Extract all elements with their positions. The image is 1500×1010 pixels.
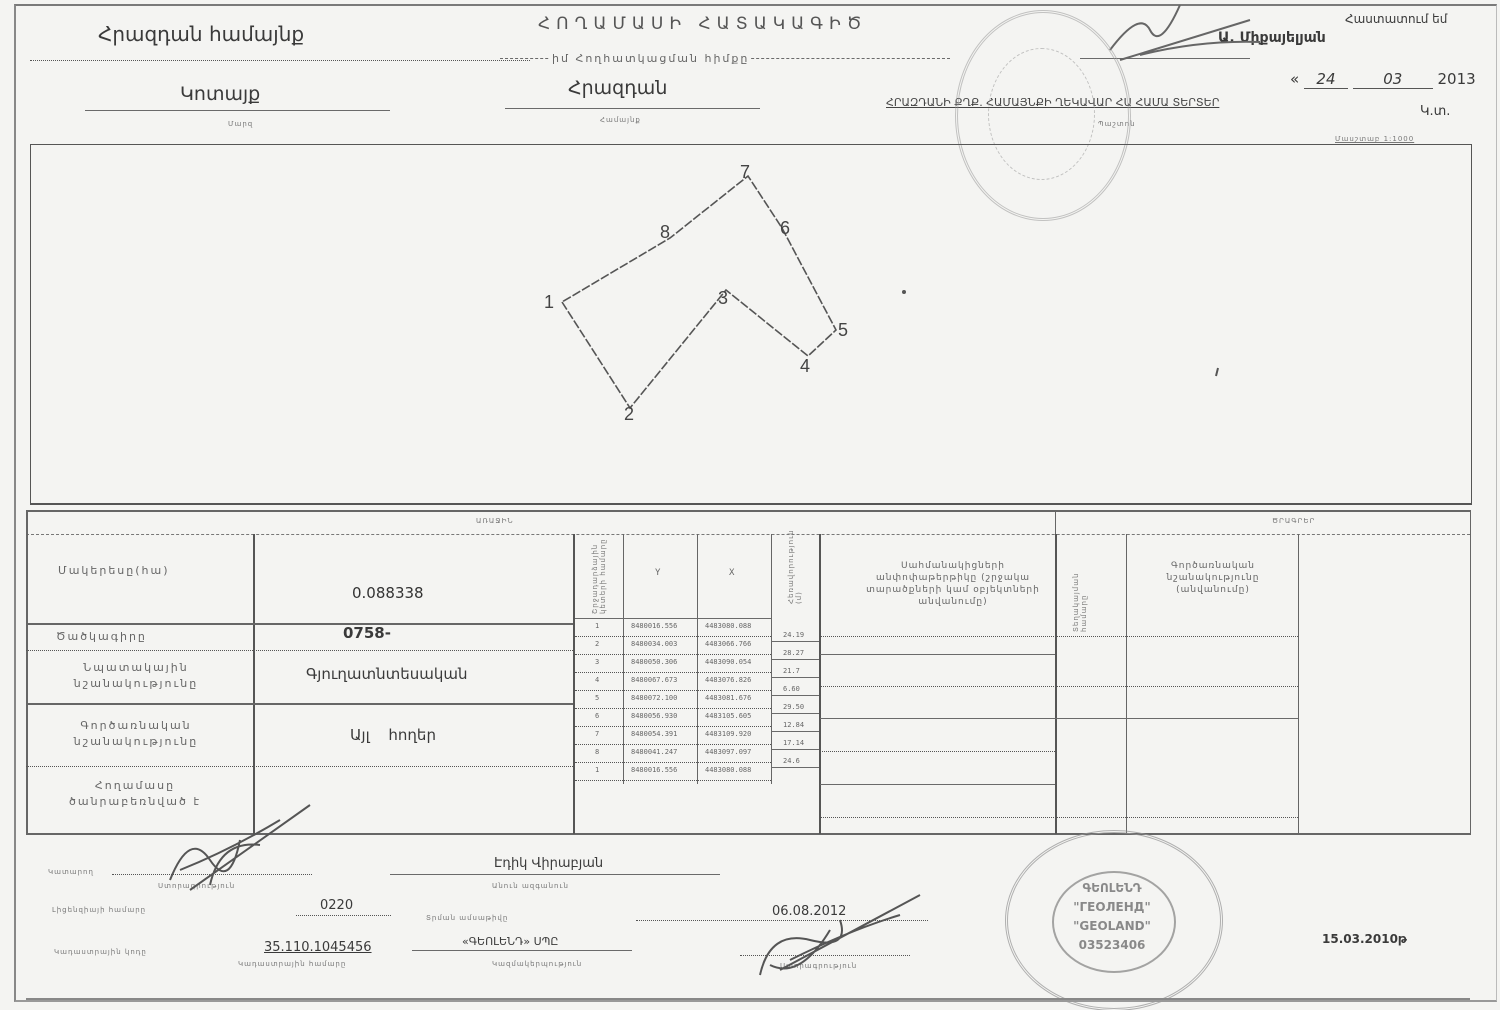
coord-point-number: 1 — [595, 766, 599, 774]
coord-row-divider — [575, 654, 771, 655]
plot-point-label: 4 — [800, 356, 810, 376]
coord-x-value: 4483080.088 — [705, 766, 751, 774]
coord-distance-value: 12.84 — [783, 721, 804, 729]
function-value: Այլ հողեր — [350, 726, 436, 744]
coord-x-value: 4483066.766 — [705, 640, 751, 648]
coord-col-divider — [697, 534, 698, 784]
coord-y-value: 8480034.003 — [631, 640, 677, 648]
purpose-value: Գյուղատնտեսական — [306, 665, 468, 683]
coord-y-value: 8480056.930 — [631, 712, 677, 720]
coord-distance-divider — [771, 677, 819, 678]
region-value: Կոտայք — [180, 83, 260, 105]
stamp-line: ԳԵՈԼԵՆԴ — [1052, 879, 1172, 898]
coord-y-value: 8480067.673 — [631, 676, 677, 684]
stamp-line: "ГЕОЛЕНД" — [1052, 898, 1172, 917]
coord-y-value: 8480016.556 — [631, 622, 677, 630]
coord-header-y: Y — [655, 568, 660, 578]
coord-row-divider — [575, 726, 771, 727]
coord-y-value: 8480054.391 — [631, 730, 677, 738]
seal-abbr: Կ.տ. — [1420, 104, 1450, 119]
coord-point-number: 8 — [595, 748, 599, 756]
coord-point-number: 3 — [595, 658, 599, 666]
executor-signature — [150, 800, 330, 900]
code-value: 0758- — [343, 624, 391, 642]
coord-x-value: 4483076.826 — [705, 676, 751, 684]
coord-point-number: 1 — [595, 622, 599, 630]
community-caption: Համայնք — [600, 116, 641, 124]
coord-point-number: 5 — [595, 694, 599, 702]
coord-distance-divider — [771, 659, 819, 660]
executor-name-caption: Անուն ազգանուն — [492, 882, 569, 890]
coord-row-divider — [575, 762, 771, 763]
coord-distance-value: 28.27 — [783, 649, 804, 657]
coord-x-value: 4483097.097 — [705, 748, 751, 756]
plot-point-label: 7 — [740, 162, 750, 182]
date-right: 15.03.2010թ — [1322, 932, 1407, 946]
scale-label: Մասշտաբ 1:1000 — [1335, 135, 1414, 143]
coord-distance-value: 17.14 — [783, 739, 804, 747]
plot-point-label: 5 — [838, 320, 848, 340]
purpose-label: Նպատակային նշանակությունը — [56, 660, 216, 692]
coord-x-value: 4483081.676 — [705, 694, 751, 702]
coord-distance-divider — [771, 695, 819, 696]
issue-label: Տրման ամսաթիվը — [426, 914, 508, 922]
coord-y-value: 8480041.247 — [631, 748, 677, 756]
document-subtitle: իմ Հողհատկացման հիմքը — [550, 52, 751, 65]
coordinates-table: Շրջադարձային կետերի համարըYXՀեռավորությո… — [575, 534, 819, 784]
function-label: Գործառնական նշանակությունը — [56, 718, 216, 750]
stamp-line: 03523406 — [1052, 936, 1172, 955]
approver-signature-bottom — [740, 890, 930, 990]
code-label: Ծածկագիրը — [56, 630, 147, 643]
executor-label: Կատարող — [48, 868, 94, 876]
plot-point-label: 2 — [624, 404, 634, 424]
coord-header-point: Շրջադարձային կետերի համարը — [591, 538, 607, 614]
approval-day: 24 — [1304, 70, 1348, 89]
coord-distance-value: 24.19 — [783, 631, 804, 639]
neighbors-header: Սահմանակիցների անփոփաթերթիկը (շրջակա տար… — [858, 560, 1048, 608]
coord-row-divider — [575, 744, 771, 745]
approved-label: Հաստատում եմ — [1345, 12, 1447, 26]
coord-distance-value: 29.50 — [783, 703, 804, 711]
coord-y-value: 8480016.556 — [631, 766, 677, 774]
left-section-title: ԱՌԱՋԻՆ — [476, 517, 514, 525]
coord-x-value: 4483090.054 — [705, 658, 751, 666]
area-label: Մակերեսը(հա) — [58, 564, 170, 577]
coord-row-divider — [575, 672, 771, 673]
cadastre-caption: Կադաստրային համարը — [238, 960, 346, 968]
coord-distance-value: 24.6 — [783, 757, 800, 765]
document-title: ՀՈՂԱՄԱՍԻ ՀԱՏԱԿԱԳԻԾ — [538, 14, 867, 34]
coord-row-divider — [575, 690, 771, 691]
plot-point-label: 8 — [660, 222, 670, 242]
coord-x-value: 4483080.088 — [705, 622, 751, 630]
location-header: Տեղակայման համարը — [1072, 540, 1088, 632]
coord-distance-value: 6.60 — [783, 685, 800, 693]
coord-point-number: 7 — [595, 730, 599, 738]
coord-row-divider — [575, 780, 771, 781]
cadastre-value: 35.110.1045456 — [264, 940, 372, 955]
coord-y-value: 8480072.100 — [631, 694, 677, 702]
coord-distance-divider — [771, 641, 819, 642]
coord-x-value: 4483105.605 — [705, 712, 751, 720]
community-value: Հրազդան — [568, 77, 667, 99]
coord-point-number: 6 — [595, 712, 599, 720]
coord-row-divider — [575, 636, 771, 637]
stamp-line: "GEOLAND" — [1052, 917, 1172, 936]
coord-distance-divider — [771, 731, 819, 732]
company-name: «ԳԵՈԼԵՆԴ» ՍՊԸ — [462, 935, 558, 948]
coord-point-number: 4 — [595, 676, 599, 684]
approval-year: 2013 — [1438, 70, 1476, 88]
executor-name: Էդիկ Վիրաբյան — [494, 856, 603, 871]
plot-point-label: 6 — [780, 218, 790, 238]
coord-row-divider — [575, 708, 771, 709]
parcel-plan: 12345678 — [30, 144, 1470, 502]
company-caption: Կազմակերպություն — [492, 960, 582, 968]
region-caption: Մարզ — [228, 120, 253, 128]
coord-header-distance: Հեռավորություն (մ) — [787, 544, 803, 604]
approval-month: 03 — [1353, 70, 1433, 89]
coord-distance-divider — [771, 713, 819, 714]
plot-point-label: 3 — [718, 288, 728, 308]
plot-point-label: 1 — [544, 292, 554, 312]
coord-y-value: 8480050.306 — [631, 658, 677, 666]
area-value: 0.088338 — [352, 584, 424, 602]
coord-distance-divider — [771, 767, 819, 768]
coord-distance-divider — [771, 749, 819, 750]
license-value: 0220 — [320, 898, 353, 913]
community-heading: Հրազդան համայնք — [98, 22, 304, 46]
function-header: Գործառնական նշանակությունը (անվանումը) — [1138, 560, 1288, 596]
right-section-title: ԾՐԱԳՐԵՐ — [1272, 517, 1315, 525]
coord-header-x: X — [729, 568, 734, 578]
coord-header-divider — [575, 618, 771, 619]
coord-point-number: 2 — [595, 640, 599, 648]
coord-col-divider — [623, 534, 624, 784]
approval-date: « 24 03 2013 — [1290, 70, 1476, 89]
license-label: Լիցենզիայի համարը — [52, 906, 146, 914]
coord-x-value: 4483109.920 — [705, 730, 751, 738]
company-stamp: ԳԵՈԼԵՆԴ"ГЕОЛЕНД""GEOLAND"03523406 — [1005, 830, 1223, 1010]
coord-distance-value: 21.7 — [783, 667, 800, 675]
cadastre-label: Կադաստրային կոդը — [54, 948, 147, 956]
